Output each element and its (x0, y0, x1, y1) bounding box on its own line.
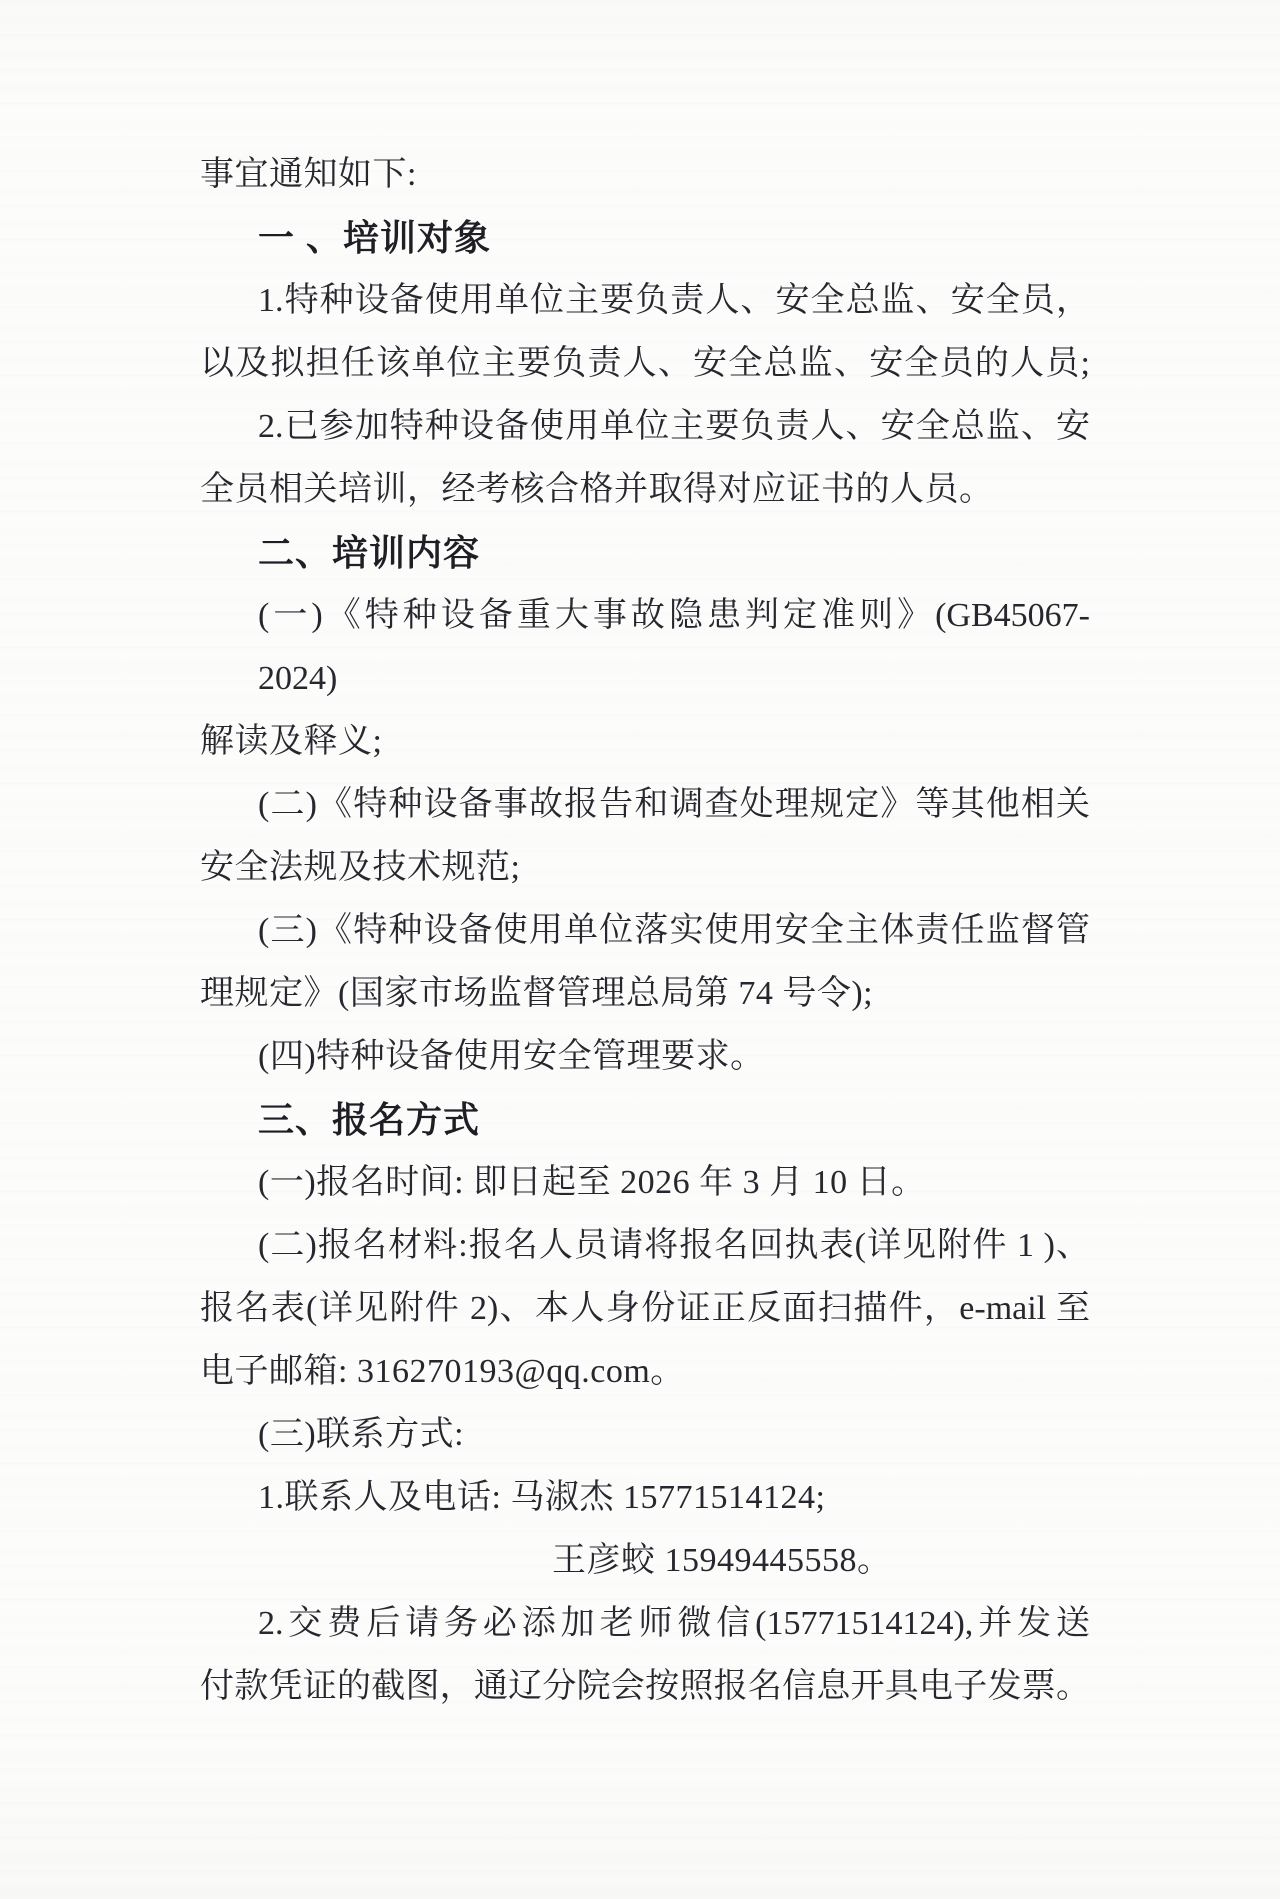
contact-person-2-line: 王彦蛟 15949445558。 (200, 1529, 1090, 1592)
target-item-1-line-1: 1.特种设备使用单位主要负责人、安全总监、安全员， (200, 269, 1090, 332)
registration-time-line: (一)报名时间: 即日起至 2026 年 3 月 10 日。 (200, 1151, 1090, 1214)
content-item-4: (四)特种设备使用安全管理要求。 (200, 1025, 1090, 1088)
registration-materials-line-1: (二)报名材料:报名人员请将报名回执表(详见附件 1 )、 (200, 1214, 1090, 1277)
payment-note-line-2: 付款凭证的截图，通辽分院会按照报名信息开具电子发票。 (200, 1655, 1090, 1718)
content-item-3-line-2: 理规定》(国家市场监督管理总局第 74 号令); (200, 962, 1090, 1025)
registration-email-line: 电子邮箱: 316270193@qq.com。 (200, 1340, 1090, 1403)
section-2-heading-training-content: 二、培训内容 (200, 521, 1090, 584)
section-3-heading-registration: 三、报名方式 (200, 1088, 1090, 1151)
target-item-2-line-1: 2.已参加特种设备使用单位主要负责人、安全总监、安 (200, 395, 1090, 458)
target-item-2-line-2: 全员相关培训，经考核合格并取得对应证书的人员。 (200, 458, 1090, 521)
contact-method-heading-line: (三)联系方式: (200, 1403, 1090, 1466)
payment-note-line-1: 2.交费后请务必添加老师微信(15771514124),并发送 (200, 1592, 1090, 1655)
document-text-block: 事宜通知如下: 一 、培训对象 1.特种设备使用单位主要负责人、安全总监、安全员… (200, 143, 1090, 1718)
content-item-2-line-1: (二)《特种设备事故报告和调查处理规定》等其他相关 (200, 773, 1090, 836)
section-1-heading-training-target: 一 、培训对象 (200, 206, 1090, 269)
intro-line: 事宜通知如下: (200, 143, 1090, 206)
content-item-3-line-1: (三)《特种设备使用单位落实使用安全主体责任监督管 (200, 899, 1090, 962)
contact-person-1-line: 1.联系人及电话: 马淑杰 15771514124; (200, 1466, 1090, 1529)
content-item-1-line-2: 解读及释义; (200, 710, 1090, 773)
registration-materials-line-2: 报名表(详见附件 2)、本人身份证正反面扫描件，e-mail 至 (200, 1277, 1090, 1340)
target-item-1-line-2: 以及拟担任该单位主要负责人、安全总监、安全员的人员; (200, 332, 1090, 395)
document-page: 事宜通知如下: 一 、培训对象 1.特种设备使用单位主要负责人、安全总监、安全员… (0, 0, 1280, 1899)
content-item-1-line-1: (一)《特种设备重大事故隐患判定准则》(GB45067-2024) (200, 584, 1090, 710)
content-item-2-line-2: 安全法规及技术规范; (200, 836, 1090, 899)
